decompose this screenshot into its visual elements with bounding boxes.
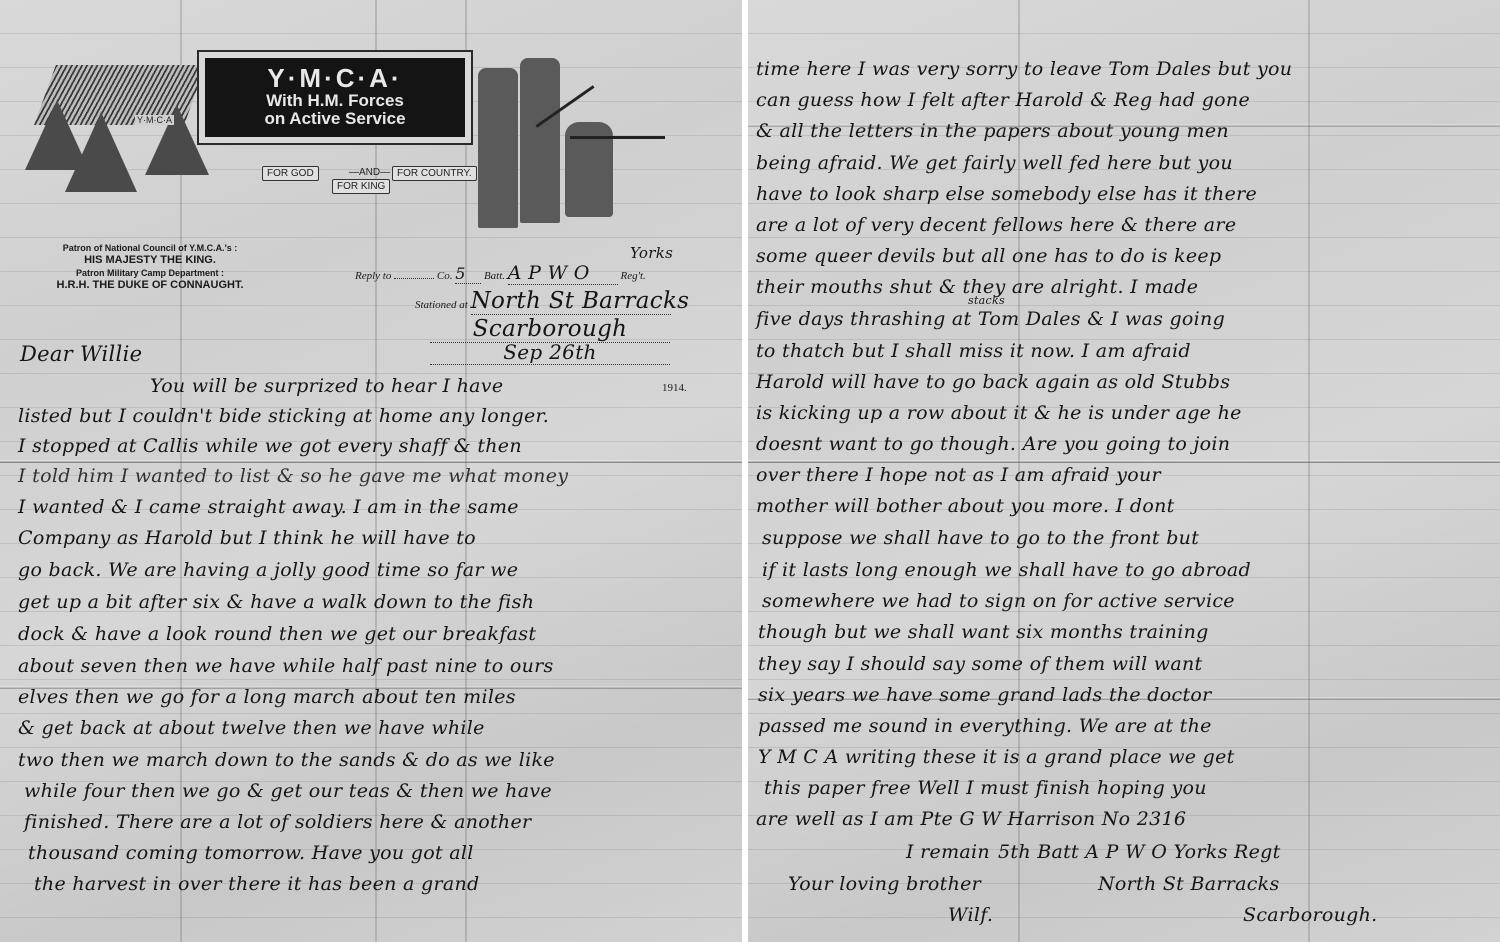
letter-line: suppose we shall have to go to the front…	[762, 527, 1199, 549]
regt-label: Reg't.	[621, 270, 646, 282]
letter-line: dock & have a look round then we get our…	[18, 623, 536, 645]
letter-line: doesnt want to go though. Are you going …	[756, 433, 1230, 455]
letter-line: get up a bit after six & have a walk dow…	[18, 591, 534, 613]
letter-line: I stopped at Callis while we got every s…	[18, 435, 522, 457]
patron-line-4: H.R.H. THE DUKE OF CONNAUGHT.	[20, 279, 280, 292]
closing-address-1: North St Barracks	[1098, 873, 1280, 895]
letter-page-2: time here I was very sorry to leave Tom …	[748, 0, 1500, 942]
patron-line-2: HIS MAJESTY THE KING.	[20, 254, 280, 267]
letterhead-patron-block: Patron of National Council of Y.M.C.A.'s…	[20, 242, 280, 292]
letter-page-1: Y·M·C·A Y·M·C·A· With H.M. Forces on Act…	[0, 0, 742, 942]
printed-year: 1914.	[662, 382, 687, 394]
letter-line: have to look sharp else somebody else ha…	[756, 183, 1257, 205]
insertion-note: stacks	[968, 294, 1005, 307]
letter-line: is kicking up a row about it & he is und…	[756, 402, 1242, 424]
closing-unit: 5th Batt A P W O Yorks Regt	[998, 841, 1281, 863]
tent-label: Y·M·C·A	[135, 115, 174, 125]
signature: Wilf.	[948, 904, 993, 926]
letter-line: somewhere we had to sign on for active s…	[762, 590, 1235, 612]
stationed-value-1: North St Barracks	[471, 288, 671, 315]
letter-line: mother will bother about you more. I don…	[756, 495, 1175, 517]
letter-line: You will be surprized to hear I have	[150, 375, 503, 397]
letter-line: Y M C A writing these it is a grand plac…	[758, 746, 1235, 768]
letter-line: being afraid. We get fairly well fed her…	[756, 152, 1233, 174]
soldier-figure-icon	[520, 58, 560, 223]
letter-line: though but we shall want six months trai…	[758, 621, 1209, 643]
soldier-figure-icon	[478, 68, 518, 228]
letter-line: & get back at about twelve then we have …	[18, 717, 485, 739]
reply-to-row: Reply to Co. 5 Batt. A P W O Reg't.	[355, 262, 646, 285]
patron-line-3: Patron Military Camp Department :	[20, 267, 280, 279]
letter-line: to thatch but I shall miss it now. I am …	[756, 340, 1191, 362]
letterhead-title: Y·M·C·A·	[205, 64, 465, 92]
letter-line: while four then we go & get our teas & t…	[24, 780, 552, 802]
letter-line: if it lasts long enough we shall have to…	[762, 559, 1251, 581]
letter-line: are well as I am Pte G W Harrison No 231…	[756, 808, 1186, 830]
letter-line: they say I should say some of them will …	[758, 653, 1202, 675]
letter-line: listed but I couldn't bide sticking at h…	[18, 405, 549, 427]
letter-line: I wanted & I came straight away. I am in…	[18, 496, 519, 518]
paper-crease	[1308, 0, 1310, 942]
letter-line: Harold will have to go back again as old…	[756, 371, 1230, 393]
ymca-camp-illustration: Y·M·C·A	[20, 40, 190, 180]
letter-line: are a lot of very decent fellows here & …	[756, 214, 1236, 236]
letter-line: some queer devils but all one has to do …	[756, 245, 1221, 267]
co-value: 5	[455, 264, 481, 284]
banner-for-god: FOR GOD	[262, 166, 319, 181]
patron-line-1: Patron of National Council of Y.M.C.A.'s…	[20, 242, 280, 254]
stationed-value-2: Scarborough	[430, 316, 670, 343]
letter-line: about seven then we have while half past…	[18, 655, 554, 677]
ymca-letterhead-panel: Y·M·C·A· With H.M. Forces on Active Serv…	[197, 50, 473, 145]
regt-superscript: Yorks	[630, 244, 673, 262]
letter-line: two then we march down to the sands & do…	[18, 749, 555, 771]
soldiers-illustration	[470, 50, 690, 240]
letter-line: Company as Harold but I think he will ha…	[18, 527, 476, 549]
closing-address-2: Scarborough.	[1243, 904, 1377, 926]
letter-line: finished. There are a lot of soldiers he…	[24, 811, 531, 833]
batt-value: A P W O	[508, 262, 618, 285]
salutation: Dear Willie	[20, 342, 142, 366]
banner-and: —AND—	[345, 166, 394, 179]
letter-line: elves then we go for a long march about …	[18, 686, 516, 708]
co-label: Co.	[437, 270, 453, 282]
paper-fold	[0, 460, 742, 463]
letter-line: this paper free Well I must finish hopin…	[764, 777, 1207, 799]
stationed-label: Stationed at	[415, 299, 468, 311]
letter-line: time here I was very sorry to leave Tom …	[756, 58, 1292, 80]
closing-loving-brother: Your loving brother	[788, 873, 981, 895]
date-row: Sep 26th	[430, 340, 670, 365]
letter-line: six years we have some grand lads the do…	[758, 684, 1212, 706]
letter-line: the harvest in over there it has been a …	[34, 873, 479, 895]
letter-line: I told him I wanted to list & so he gave…	[18, 465, 568, 487]
closing-remain: I remain	[906, 841, 990, 863]
tent-icon	[65, 112, 137, 192]
stationed-row: Stationed at North St Barracks	[415, 288, 671, 315]
letter-line: thousand coming tomorrow. Have you got a…	[28, 842, 474, 864]
stationed-row-2: Scarborough	[430, 316, 670, 343]
letter-line: go back. We are having a jolly good time…	[18, 559, 518, 581]
letter-line: five days thrashing at Tom Dales & I was…	[756, 308, 1225, 330]
banner-for-king: FOR KING	[332, 179, 390, 194]
date-value: Sep 26th	[430, 340, 670, 365]
letter-line: can guess how I felt after Harold & Reg …	[756, 89, 1250, 111]
letterhead-subtitle-2: on Active Service	[205, 110, 465, 128]
rifle-icon	[570, 136, 665, 139]
reply-to-label: Reply to	[355, 270, 391, 282]
letterhead-subtitle-1: With H.M. Forces	[205, 92, 465, 110]
letter-line: over there I hope not as I am afraid you…	[756, 464, 1161, 486]
batt-label: Batt.	[484, 270, 505, 282]
paper-fold	[748, 460, 1500, 463]
banner-for-country: FOR COUNTRY.	[392, 166, 477, 181]
letter-line: passed me sound in everything. We are at…	[758, 715, 1212, 737]
letter-line: & all the letters in the papers about yo…	[756, 120, 1229, 142]
